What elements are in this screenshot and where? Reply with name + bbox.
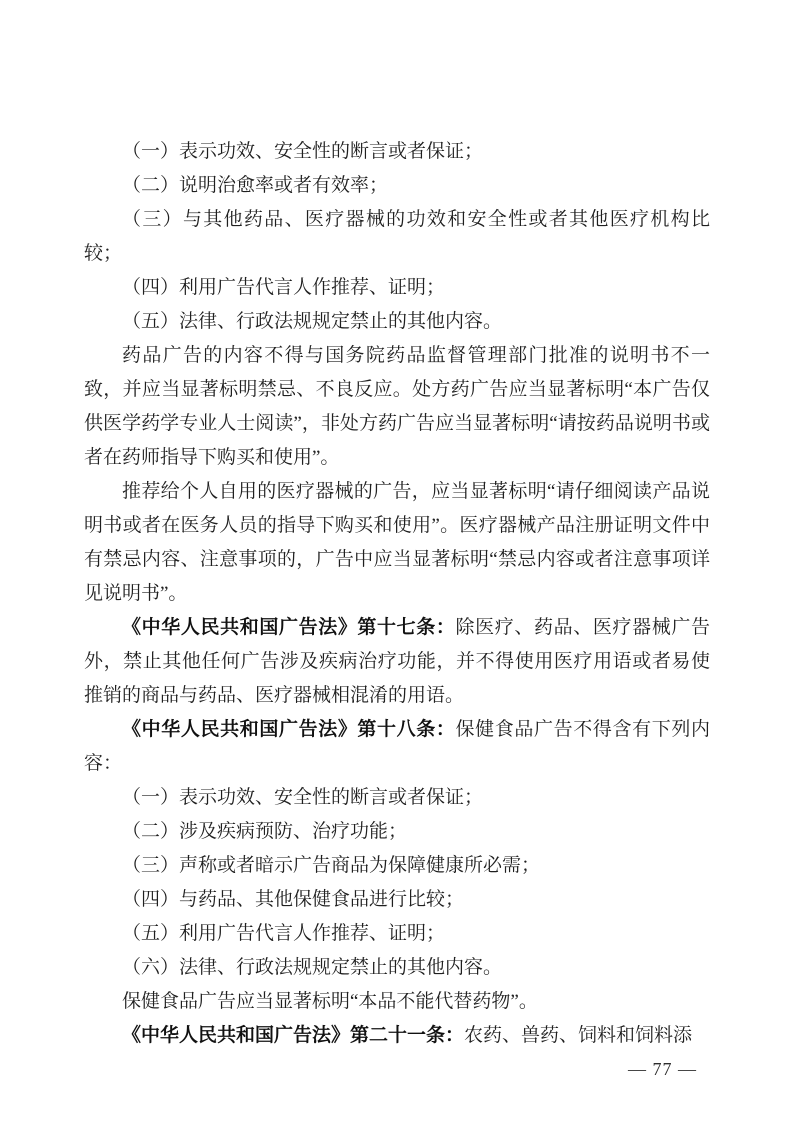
page-number: — 77 — [628,1059,697,1079]
block-text: （四）与药品、其他保健食品进行比较； [122,889,464,910]
list-item: （五）利用广告代言人作推荐、证明； [84,917,710,951]
article-heading: 《中华人民共和国广告法》第十七条： [122,617,456,638]
article-heading: 《中华人民共和国广告法》第二十一条： [122,1025,464,1046]
paragraph: 《中华人民共和国广告法》第十八条：保健食品广告不得含有下列内容： [84,713,710,781]
list-item: （二）涉及疾病预防、治疗功能； [84,815,710,849]
block-text: （二）涉及疾病预防、治疗功能； [122,821,407,842]
block-text: （三）声称或者暗示广告商品为保障健康所必需； [122,855,540,876]
list-item: （一）表示功效、安全性的断言或者保证； [84,135,710,169]
page-footer: — 77 — [606,1033,697,1105]
list-item: （三）与其他药品、医疗器械的功效和安全性或者其他医疗机构比较； [84,203,710,271]
block-text: 保健食品广告应当显著标明“本品不能代替药物”。 [122,991,538,1012]
paragraph: 推荐给个人自用的医疗器械的广告，应当显著标明“请仔细阅读产品说明书或者在医务人员… [84,475,710,611]
block-text: 药品广告的内容不得与国务院药品监督管理部门批准的说明书不一致，并应当显著标明禁忌… [84,345,710,468]
block-text: （二）说明治愈率或者有效率； [122,175,388,196]
document-body: （一）表示功效、安全性的断言或者保证；（二）说明治愈率或者有效率；（三）与其他药… [84,135,710,1053]
list-item: （六）法律、行政法规规定禁止的其他内容。 [84,951,710,985]
list-item: （四）与药品、其他保健食品进行比较； [84,883,710,917]
block-text: （五）法律、行政法规规定禁止的其他内容。 [122,311,502,332]
paragraph: 药品广告的内容不得与国务院药品监督管理部门批准的说明书不一致，并应当显著标明禁忌… [84,339,710,475]
block-text: 推荐给个人自用的医疗器械的广告，应当显著标明“请仔细阅读产品说明书或者在医务人员… [84,481,710,604]
paragraph: 《中华人民共和国广告法》第十七条：除医疗、药品、医疗器械广告外，禁止其他任何广告… [84,611,710,713]
document-page: （一）表示功效、安全性的断言或者保证；（二）说明治愈率或者有效率；（三）与其他药… [0,0,793,1122]
block-text: （三）与其他药品、医疗器械的功效和安全性或者其他医疗机构比较； [84,209,710,264]
block-text: （五）利用广告代言人作推荐、证明； [122,923,445,944]
paragraph: 保健食品广告应当显著标明“本品不能代替药物”。 [84,985,710,1019]
block-text: （六）法律、行政法规规定禁止的其他内容。 [122,957,502,978]
article-heading: 《中华人民共和国广告法》第十八条： [122,719,456,740]
block-text: （一）表示功效、安全性的断言或者保证； [122,141,483,162]
list-item: （一）表示功效、安全性的断言或者保证； [84,781,710,815]
block-text: （四）利用广告代言人作推荐、证明； [122,277,445,298]
block-text: （一）表示功效、安全性的断言或者保证； [122,787,483,808]
list-item: （五）法律、行政法规规定禁止的其他内容。 [84,305,710,339]
list-item: （二）说明治愈率或者有效率； [84,169,710,203]
list-item: （三）声称或者暗示广告商品为保障健康所必需； [84,849,710,883]
list-item: （四）利用广告代言人作推荐、证明； [84,271,710,305]
